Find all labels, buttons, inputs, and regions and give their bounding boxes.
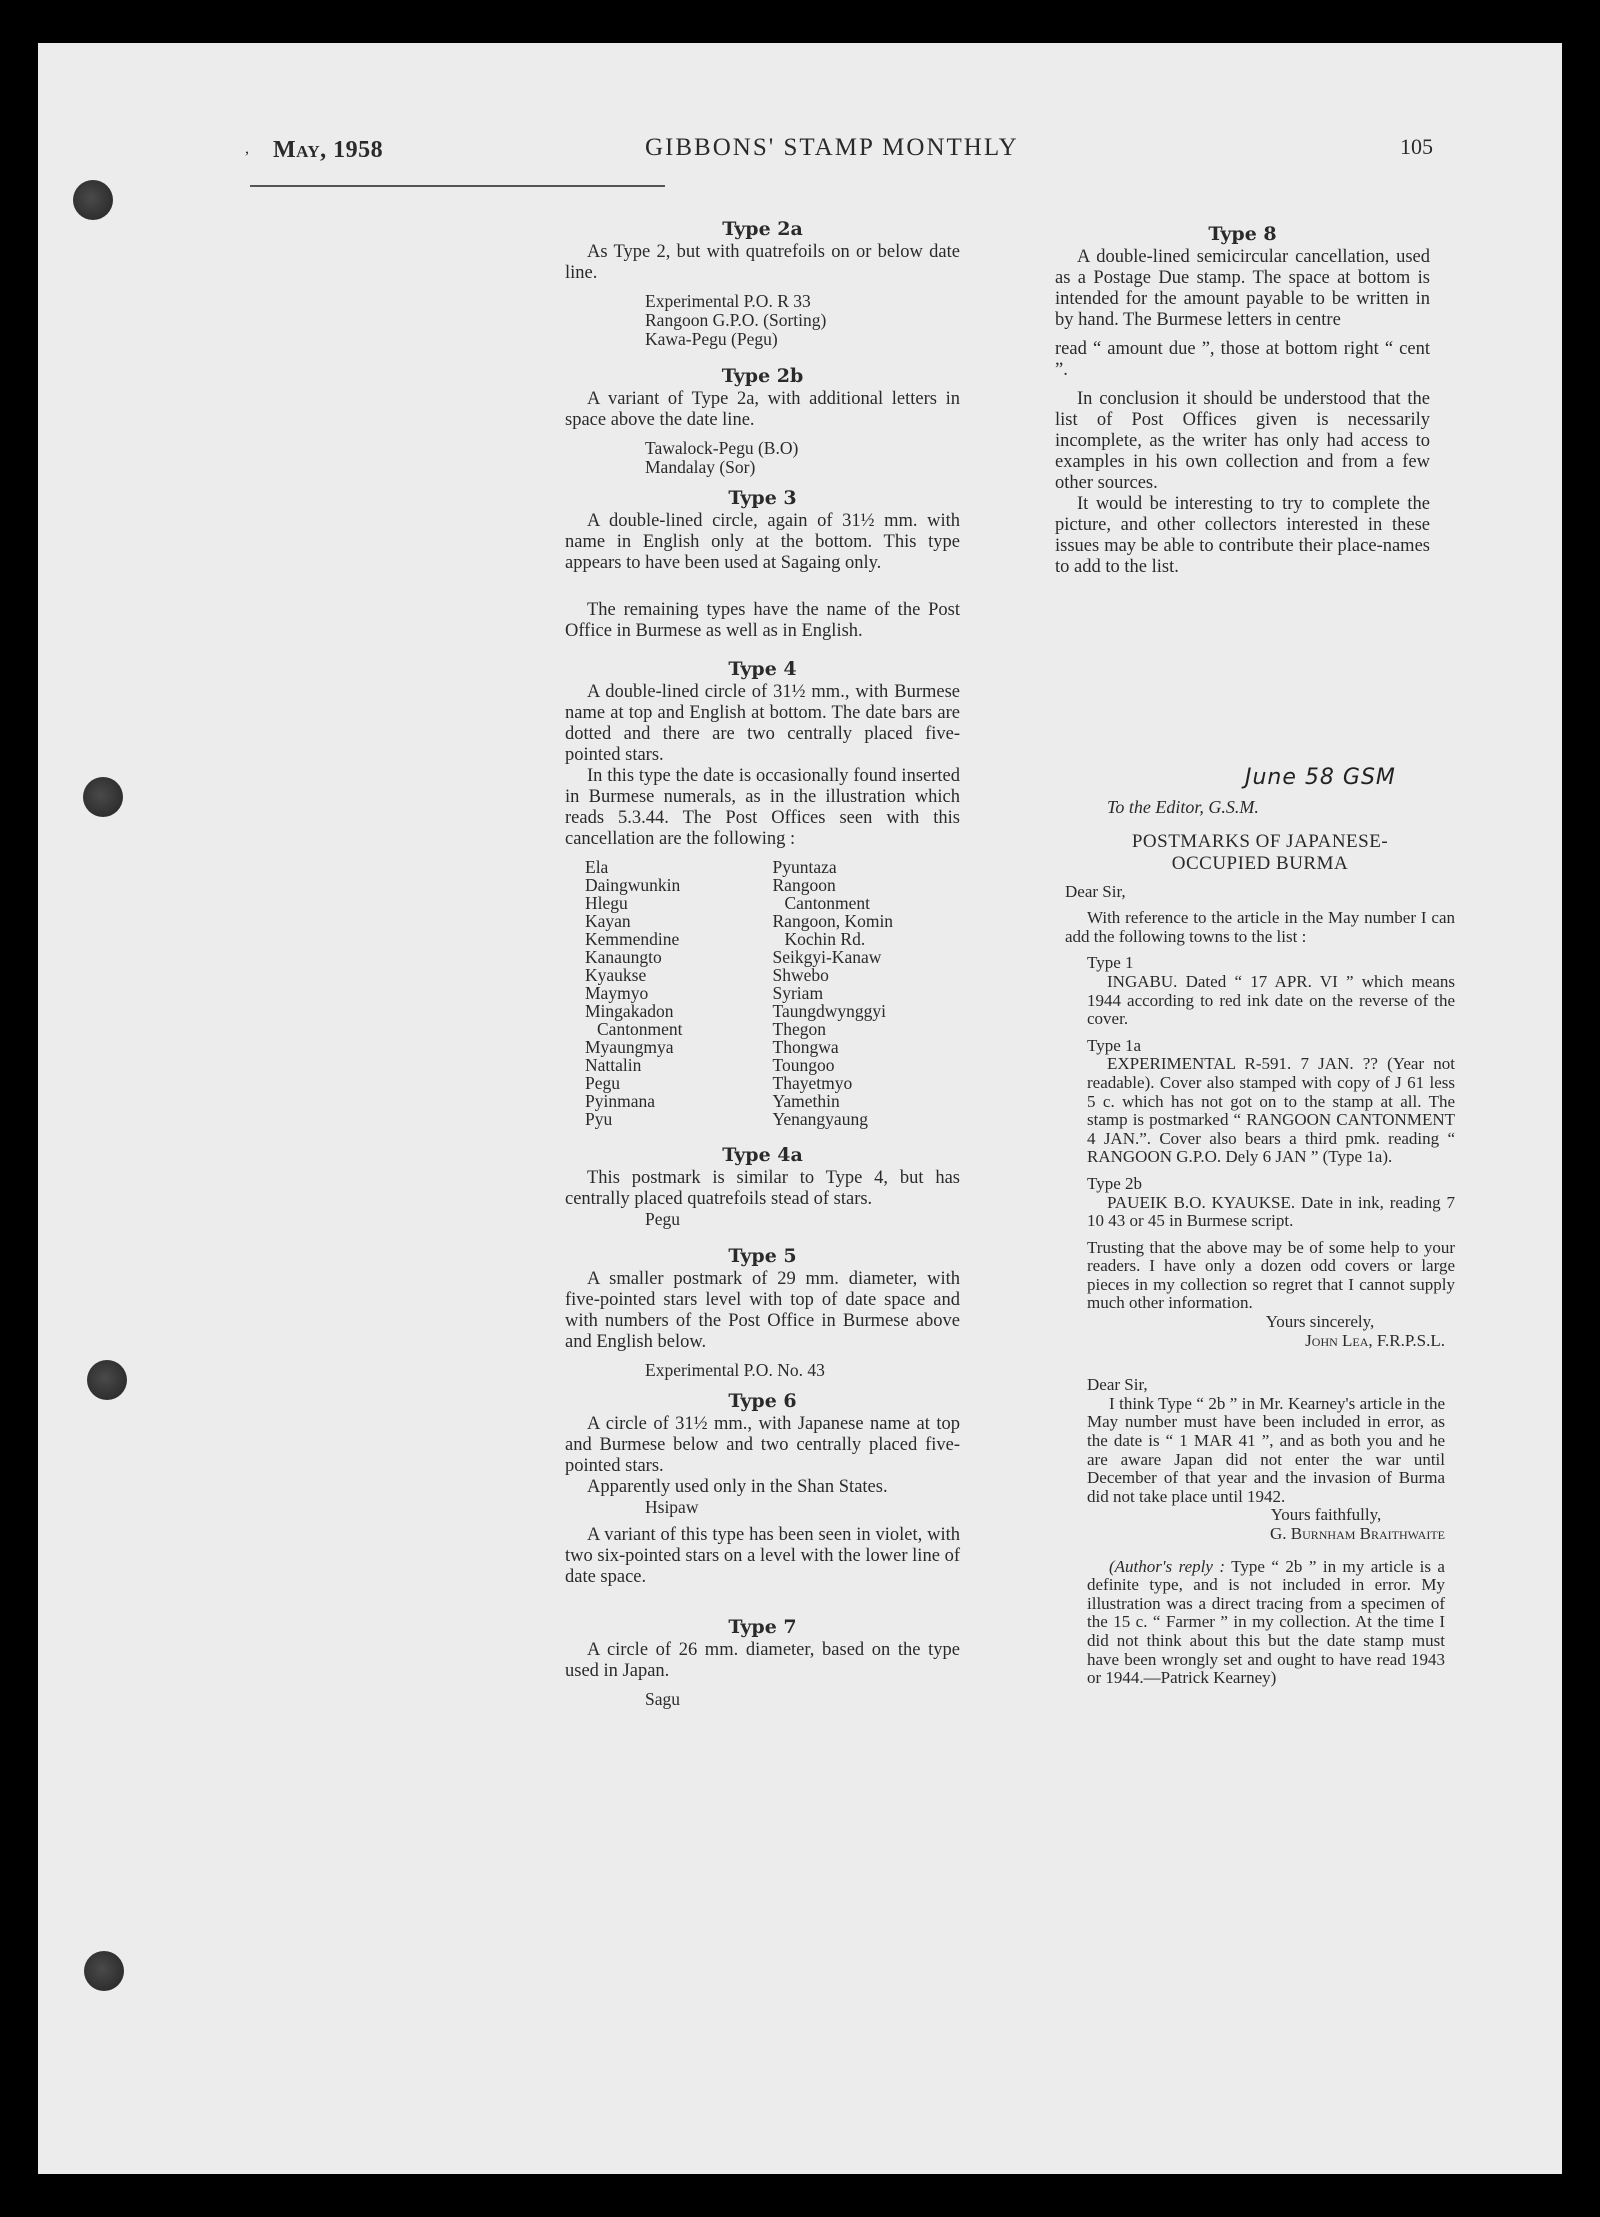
post-office: Kyaukse	[585, 966, 773, 984]
type-heading: Type 5	[565, 1243, 960, 1269]
type-description: As Type 2, but with quatrefoils on or be…	[565, 242, 960, 284]
conclusion-paragraph: It would be interesting to try to comple…	[1055, 494, 1430, 578]
type-heading: Type 2b	[565, 363, 960, 389]
type-2b-section: Type 2b A variant of Type 2a, with addit…	[565, 363, 960, 477]
post-office: Yamethin	[773, 1092, 961, 1110]
post-office: Thegon	[773, 1020, 961, 1038]
signature: John Lea, F.R.P.S.L.	[1065, 1332, 1455, 1351]
post-office: Rangoon G.P.O. (Sorting)	[645, 311, 960, 330]
type-variant-note: A variant of this type has been seen in …	[565, 1525, 960, 1588]
post-office: Mandalay (Sor)	[645, 458, 960, 477]
type-heading: Type 4	[565, 656, 960, 682]
post-office: Seikgyi-Kanaw	[773, 948, 961, 966]
handwritten-annotation: June 58 GSM	[1245, 765, 1396, 790]
letter-title-line: OCCUPIED BURMA	[1065, 853, 1455, 875]
letter-intro: With reference to the article in the May…	[1065, 909, 1455, 946]
letter-entry: Type 2b PAUEIK B.O. KYAUKSE. Date in ink…	[1065, 1175, 1455, 1231]
margin-mark: ,	[245, 140, 249, 158]
post-office: Kochin Rd.	[773, 930, 961, 948]
letter-entry: Type 1 INGABU. Dated “ 17 APR. VI ” whic…	[1065, 954, 1455, 1028]
post-office: Pyuntaza	[773, 858, 961, 876]
type-description-continued: In this type the date is occasionally fo…	[565, 766, 960, 850]
type-description: A smaller postmark of 29 mm. diameter, w…	[565, 1269, 960, 1353]
post-office-list: Pegu	[565, 1210, 960, 1229]
type-4a-section: Type 4a This postmark is similar to Type…	[565, 1142, 960, 1229]
post-office: Rangoon, Komin	[773, 912, 961, 930]
letter-title-line: POSTMARKS OF JAPANESE-	[1065, 831, 1455, 853]
post-office: Yenangyaung	[773, 1110, 961, 1128]
post-office-table: Ela Daingwunkin Hlegu Kayan Kemmendine K…	[585, 858, 960, 1128]
type-7-section: Type 7 A circle of 26 mm. diameter, base…	[565, 1614, 960, 1709]
reply-label: (Author's reply :	[1109, 1557, 1225, 1576]
punch-hole	[84, 1951, 124, 1991]
post-office: Kawa-Pegu (Pegu)	[645, 330, 960, 349]
punch-hole	[73, 180, 113, 220]
post-office: Shwebo	[773, 966, 961, 984]
post-office: Thongwa	[773, 1038, 961, 1056]
publication-title: GIBBONS' STAMP MONTHLY	[645, 134, 1019, 162]
post-office: Maymyo	[585, 984, 773, 1002]
post-office: Kayan	[585, 912, 773, 930]
post-office: Pyinmana	[585, 1092, 773, 1110]
punch-hole	[87, 1360, 127, 1400]
post-office-list: Tawalock-Pegu (B.O) Mandalay (Sor)	[565, 439, 960, 477]
signoff: Yours sincerely,	[1065, 1313, 1455, 1332]
remaining-types-note: The remaining types have the name of the…	[565, 600, 960, 642]
type-description: A double-lined circle of 31½ mm., with B…	[565, 682, 960, 766]
post-office: Ela	[585, 858, 773, 876]
reply-text: (Author's reply : Type “ 2b ” in my arti…	[1087, 1558, 1445, 1688]
entry-text: INGABU. Dated “ 17 APR. VI ” which means…	[1065, 973, 1455, 1029]
post-office: Thayetmyo	[773, 1074, 961, 1092]
post-office: Cantonment	[585, 1020, 773, 1038]
post-office: Rangoon	[773, 876, 961, 894]
post-office: Syriam	[773, 984, 961, 1002]
type-heading: Type 7	[565, 1614, 960, 1640]
type-4-section: Type 4 A double-lined circle of 31½ mm.,…	[565, 656, 960, 1128]
letter-closing: Trusting that the above may be of some h…	[1065, 1239, 1455, 1313]
post-office: Kemmendine	[585, 930, 773, 948]
reply-body: Type “ 2b ” in my article is a definite …	[1087, 1557, 1445, 1688]
type-heading: Type 2a	[565, 216, 960, 242]
type-heading: Type 6	[565, 1388, 960, 1414]
type-6-section: Type 6 A circle of 31½ mm., with Japanes…	[565, 1388, 960, 1588]
post-office: Pegu	[645, 1210, 960, 1229]
article-column-left: Type 2a As Type 2, but with quatrefoils …	[565, 216, 960, 1709]
letter-body: I think Type “ 2b ” in Mr. Kearney's art…	[1087, 1395, 1445, 1507]
entry-type: Type 2b	[1065, 1175, 1455, 1194]
type-8-section: Type 8 A double-lined semicircular cance…	[1055, 221, 1430, 381]
type-description: A circle of 31½ mm., with Japanese name …	[565, 1414, 960, 1477]
post-office: Sagu	[645, 1690, 960, 1709]
post-office: Hlegu	[585, 894, 773, 912]
post-office: Kanaungto	[585, 948, 773, 966]
type-heading: Type 8	[1055, 221, 1430, 247]
page-number: 105	[1400, 134, 1433, 160]
punch-hole	[83, 777, 123, 817]
post-office: Experimental P.O. No. 43	[645, 1361, 960, 1380]
issue-date: May, 1958	[273, 137, 383, 164]
post-office-list: Hsipaw	[565, 1498, 960, 1517]
post-office-list: Experimental P.O. No. 43	[565, 1361, 960, 1380]
post-office: Toungoo	[773, 1056, 961, 1074]
salutation: Dear Sir,	[1065, 883, 1455, 902]
letter-john-lea: Dear Sir, With reference to the article …	[1065, 883, 1455, 1351]
signature: G. Burnham Braithwaite	[1087, 1525, 1445, 1544]
post-office: Tawalock-Pegu (B.O)	[645, 439, 960, 458]
post-office: Daingwunkin	[585, 876, 773, 894]
type-5-section: Type 5 A smaller postmark of 29 mm. diam…	[565, 1243, 960, 1380]
authors-reply: (Author's reply : Type “ 2b ” in my arti…	[1065, 1558, 1455, 1688]
type-description: A variant of Type 2a, with additional le…	[565, 389, 960, 431]
entry-text: PAUEIK B.O. KYAUKSE. Date in ink, readin…	[1065, 1194, 1455, 1231]
post-office: Taungdwynggyi	[773, 1002, 961, 1020]
type-heading: Type 4a	[565, 1142, 960, 1168]
letters-section: To the Editor, G.S.M. POSTMARKS OF JAPAN…	[1065, 798, 1455, 1688]
entry-type: Type 1	[1065, 954, 1455, 973]
type-description: A double-lined circle, again of 31½ mm. …	[565, 511, 960, 574]
post-office-list: Experimental P.O. R 33 Rangoon G.P.O. (S…	[565, 292, 960, 349]
type-description-continued: read “ amount due ”, those at bottom rig…	[1055, 339, 1430, 381]
post-office: Experimental P.O. R 33	[645, 292, 960, 311]
salutation: Dear Sir,	[1087, 1376, 1445, 1395]
post-office-column: Pyuntaza Rangoon Cantonment Rangoon, Kom…	[773, 858, 961, 1128]
type-description: This postmark is similar to Type 4, but …	[565, 1168, 960, 1210]
entry-type: Type 1a	[1065, 1037, 1455, 1056]
addressee: To the Editor, G.S.M.	[1065, 798, 1455, 817]
post-office: Pyu	[585, 1110, 773, 1128]
article-column-right: Type 8 A double-lined semicircular cance…	[1055, 221, 1430, 578]
post-office-column: Ela Daingwunkin Hlegu Kayan Kemmendine K…	[585, 858, 773, 1128]
type-description: A circle of 26 mm. diameter, based on th…	[565, 1640, 960, 1682]
type-description: A double-lined semicircular cancellation…	[1055, 247, 1430, 331]
type-description-continued: Apparently used only in the Shan States.	[565, 1477, 960, 1498]
letter-entry: Type 1a EXPERIMENTAL R-591. 7 JAN. ?? (Y…	[1065, 1037, 1455, 1167]
type-3-section: Type 3 A double-lined circle, again of 3…	[565, 485, 960, 642]
post-office: Mingakadon	[585, 1002, 773, 1020]
post-office: Nattalin	[585, 1056, 773, 1074]
header-rule	[250, 185, 665, 187]
letter-title: POSTMARKS OF JAPANESE- OCCUPIED BURMA	[1065, 831, 1455, 875]
conclusion-paragraph: In conclusion it should be understood th…	[1055, 389, 1430, 494]
post-office: Hsipaw	[645, 1498, 960, 1517]
post-office: Pegu	[585, 1074, 773, 1092]
letter-braithwaite: Dear Sir, I think Type “ 2b ” in Mr. Kea…	[1065, 1376, 1455, 1543]
post-office: Myaungmya	[585, 1038, 773, 1056]
post-office: Cantonment	[773, 894, 961, 912]
type-2a-section: Type 2a As Type 2, but with quatrefoils …	[565, 216, 960, 349]
signoff: Yours faithfully,	[1087, 1506, 1445, 1525]
type-heading: Type 3	[565, 485, 960, 511]
entry-text: EXPERIMENTAL R-591. 7 JAN. ?? (Year not …	[1065, 1055, 1455, 1167]
post-office-list: Sagu	[565, 1690, 960, 1709]
